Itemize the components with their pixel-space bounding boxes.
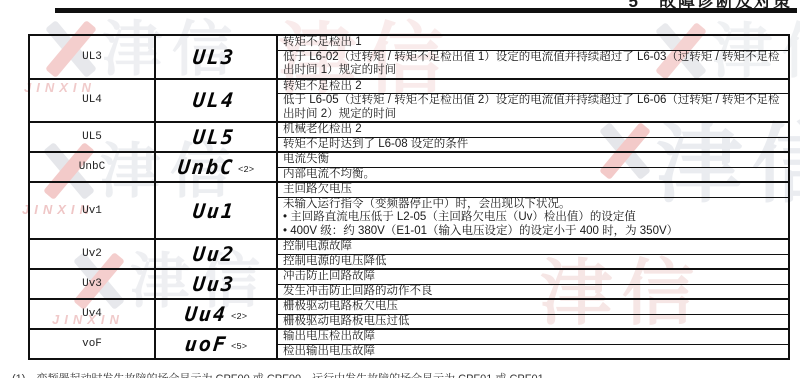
fault-title: 机械老化检出 2 [278,123,788,138]
display-note: <2> [238,165,254,175]
fault-description-cell: 主回路欠电压 未输入运行指令（变频器停止中）时，会出现以下状况。 • 主回路直流… [278,183,788,238]
fault-detail: 未输入运行指令（变频器停止中）时，会出现以下状况。 • 主回路直流电压低于 L2… [278,198,788,239]
fault-code: UL5 [30,123,156,151]
fault-display: Uu3 [156,270,278,298]
fault-display: UnbC <2> [156,153,278,181]
fault-title: 栅极驱动电路板欠电压 [278,300,788,315]
fault-display: Uu1 [156,183,278,238]
fault-display: uoF <5> [156,330,278,358]
fault-display: Uu4 <2> [156,300,278,328]
fault-code: Uv3 [30,270,156,298]
fault-code: voF [30,330,156,358]
fault-title: 电流失衡 [278,153,788,168]
fault-detail: 控制电源的电压降低 [278,255,788,269]
fault-code: Uv4 [30,300,156,328]
seven-segment-text: Uu1 [192,199,237,223]
fault-description-cell: 机械老化检出 2 转矩不足时达到了 L6-08 设定的条件 [278,123,788,151]
fault-code: Uv2 [30,240,156,268]
table-row: Uv1 Uu1 主回路欠电压 未输入运行指令（变频器停止中）时，会出现以下状况。… [30,181,788,238]
fault-display: Uu2 [156,240,278,268]
table-row: Uv4 Uu4 <2> 栅极驱动电路板欠电压 栅极驱动电路板电压过低 [30,298,788,328]
fault-title: 控制电源故障 [278,240,788,255]
fault-detail: 发生冲击防止回路的动作不良 [278,285,788,299]
fault-description-cell: 栅极驱动电路板欠电压 栅极驱动电路板电压过低 [278,300,788,328]
table-row: Uv2 Uu2 控制电源故障 控制电源的电压降低 [30,238,788,268]
fault-description-cell: 转矩不足检出 1 低于 L6-02（过转矩 / 转矩不足检出值 1）设定的电流值… [278,36,788,78]
fault-detail: 内部电流不均衡。 [278,168,788,182]
seven-segment-text: UnbC [177,155,236,179]
fault-description-cell: 控制电源故障 控制电源的电压降低 [278,240,788,268]
table-row: UnbC UnbC <2> 电流失衡 内部电流不均衡。 [30,151,788,181]
table-row: UL4 UL4 转矩不足检出 2 低于 L6-05（过转矩 / 转矩不足检出值 … [30,78,788,122]
table-row: voF uoF <5> 输出电压检出故障 检出输出电压故障 [30,328,788,358]
fault-description-cell: 冲击防止回路故障 发生冲击防止回路的动作不良 [278,270,788,298]
table-row: UL3 UL3 转矩不足检出 1 低于 L6-02（过转矩 / 转矩不足检出值 … [30,36,788,78]
footnote: (1) 变频器起动时发生故障的场合显示为 CPF00 或 CPF00，运行中发生… [12,370,792,378]
fault-detail: 检出输出电压故障 [278,345,788,359]
seven-segment-text: UL4 [192,88,237,112]
fault-title: 冲击防止回路故障 [278,270,788,285]
table-row: Uv3 Uu3 冲击防止回路故障 发生冲击防止回路的动作不良 [30,268,788,298]
fault-table: UL3 UL3 转矩不足检出 1 低于 L6-02（过转矩 / 转矩不足检出值 … [28,34,790,360]
seven-segment-text: uoF [184,332,229,356]
fault-display: UL3 [156,36,278,78]
fault-code: Uv1 [30,183,156,238]
fault-display: UL5 [156,123,278,151]
seven-segment-text: Uu3 [192,272,237,296]
seven-segment-text: UL5 [192,125,237,149]
seven-segment-text: UL3 [192,45,237,69]
fault-title: 转矩不足检出 2 [278,80,788,95]
fault-title: 主回路欠电压 [278,183,788,198]
fault-detail: 低于 L6-02（过转矩 / 转矩不足检出值 1）设定的电流值并持续超过了 L6… [278,51,788,78]
display-note: <5> [231,342,247,352]
header-rule [55,8,797,13]
fault-detail: 低于 L6-05（过转矩 / 转矩不足检出值 2）设定的电流值并持续超过了 L6… [278,94,788,121]
fault-description-cell: 转矩不足检出 2 低于 L6-05（过转矩 / 转矩不足检出值 2）设定的电流值… [278,80,788,122]
fault-title: 输出电压检出故障 [278,330,788,345]
table-row: UL5 UL5 机械老化检出 2 转矩不足时达到了 L6-08 设定的条件 [30,121,788,151]
fault-code: UnbC [30,153,156,181]
fault-code: UL3 [30,36,156,78]
fault-detail: 栅极驱动电路板电压过低 [278,315,788,329]
seven-segment-text: Uu4 [184,302,229,326]
fault-display: UL4 [156,80,278,122]
fault-detail: 转矩不足时达到了 L6-08 设定的条件 [278,138,788,152]
fault-title: 转矩不足检出 1 [278,36,788,51]
seven-segment-text: Uu2 [192,242,237,266]
display-note: <2> [231,312,247,322]
fault-description-cell: 输出电压检出故障 检出输出电压故障 [278,330,788,358]
fault-description-cell: 电流失衡 内部电流不均衡。 [278,153,788,181]
fault-code: UL4 [30,80,156,122]
